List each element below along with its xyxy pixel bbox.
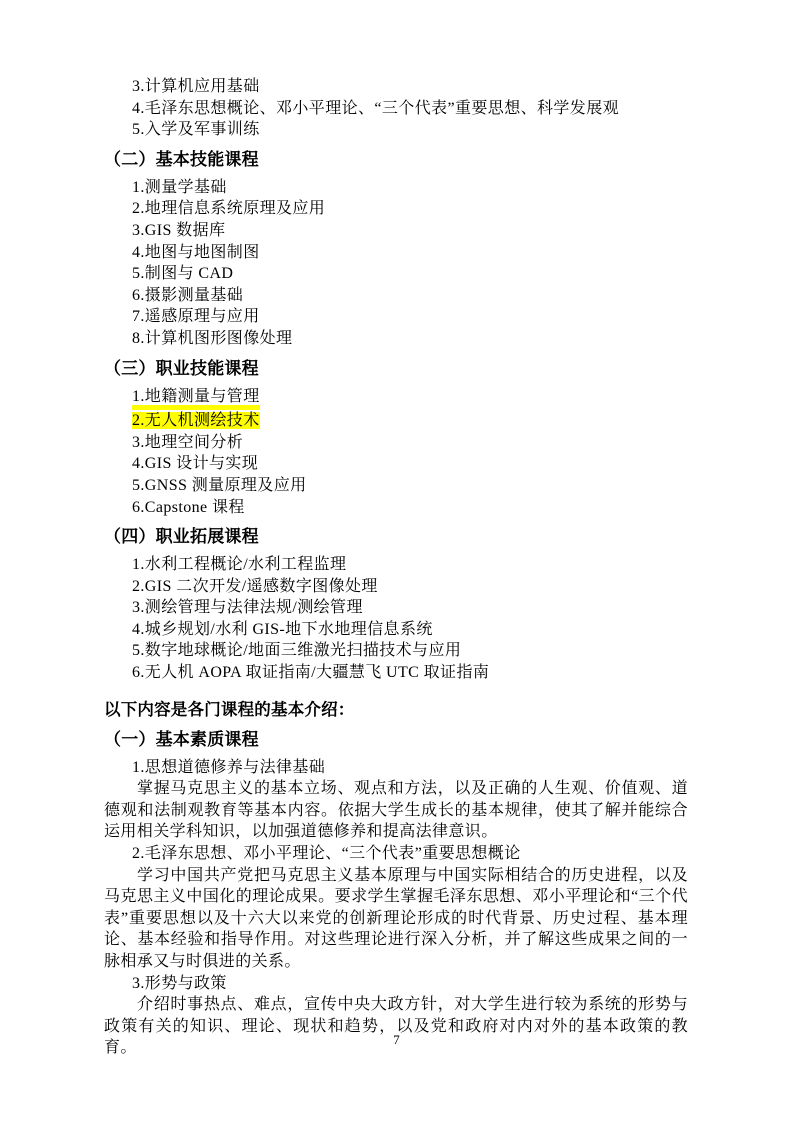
list-item: 2.GIS 二次开发/遥感数字图像处理 [132,576,688,598]
list-item-text: 6.摄影测量基础 [132,287,243,304]
section-heading-basic-skills: （二）基本技能课程 [104,149,688,171]
highlighted-text: 2.无人机测绘技术 [132,412,260,429]
list-item-text: 1.测量学基础 [132,179,227,196]
list-item: 1.地籍测量与管理 [132,386,688,411]
list-item-text: 1.水利工程概论/水利工程监理 [132,556,346,573]
list-item-text: 4.GIS 设计与实现 [132,455,258,472]
list-item: 3.地理空间分析 [132,432,688,454]
course-title: 3.形势与政策 [104,973,688,995]
list-item: 4.地图与地图制图 [132,242,688,264]
list-item: 8.计算机图形图像处理 [132,328,688,350]
list-item: 5.制图与 CAD [132,263,688,285]
course-title: 2.毛泽东思想、邓小平理论、“三个代表”重要思想概论 [104,843,688,865]
list-item: 3.测绘管理与法律法规/测绘管理 [132,597,688,619]
section-heading-professional-expansion: （四）职业拓展课程 [104,526,688,548]
list-item: 3.计算机应用基础 [132,76,688,98]
list-item-text: 2.地理信息系统原理及应用 [132,200,325,217]
course-title: 1.思想道德修养与法律基础 [104,757,688,779]
list-item: 6.Capstone 课程 [132,497,688,519]
list-item: 4.GIS 设计与实现 [132,453,688,475]
list-item: 5.GNSS 测量原理及应用 [132,475,688,497]
list-item: 2.无人机测绘技术 [132,410,688,432]
course-description: 学习中国共产党把马克思主义基本原理与中国实际相结合的历史进程，以及马克思主义中国… [104,865,688,973]
list-item: 3.GIS 数据库 [132,220,688,242]
list-item-text: 4.地图与地图制图 [132,244,260,261]
list-item: 1.水利工程概论/水利工程监理 [132,554,688,576]
list-item: 5.入学及军事训练 [132,119,688,141]
list-item-text: 3.GIS 数据库 [132,222,225,239]
list-item-text: 8.计算机图形图像处理 [132,330,292,347]
list-item-text: 6.Capstone 课程 [132,499,245,516]
list-item: 7.遥感原理与应用 [132,306,688,328]
list-item-text: 3.计算机应用基础 [132,78,260,95]
list-item-text: 5.GNSS 测量原理及应用 [132,477,307,494]
list-item: 4.毛泽东思想概论、邓小平理论、“三个代表”重要思想、科学发展观 [132,98,688,120]
list-item: 5.数字地球概论/地面三维激光扫描技术与应用 [132,640,688,662]
list-item-text: 4.城乡规划/水利 GIS-地下水地理信息系统 [132,621,433,638]
list-item-text: 3.地理空间分析 [132,434,243,451]
list-item: 1.测量学基础 [132,177,688,199]
section-heading-basic-quality: （一）基本素质课程 [104,729,688,751]
list-item-text: 4.毛泽东思想概论、邓小平理论、“三个代表”重要思想、科学发展观 [132,100,619,117]
list-item: 2.地理信息系统原理及应用 [132,198,688,220]
list-item: 6.摄影测量基础 [132,285,688,307]
intro-line: 以下内容是各门课程的基本介绍： [104,699,688,721]
list-item-text: 3.测绘管理与法律法规/测绘管理 [132,599,363,616]
section-heading-professional-skills: （三）职业技能课程 [104,358,688,380]
list-item-text: 5.制图与 CAD [132,265,233,282]
list-item-text: 5.入学及军事训练 [132,121,260,138]
list-item-text: 5.数字地球概论/地面三维激光扫描技术与应用 [132,642,461,659]
page-number: 7 [0,1032,793,1048]
list-item-text: 6.无人机 AOPA 取证指南/大疆慧飞 UTC 取证指南 [132,664,489,681]
document-page: 3.计算机应用基础 4.毛泽东思想概论、邓小平理论、“三个代表”重要思想、科学发… [0,0,793,1122]
course-description: 介绍时事热点、难点，宣传中央大政方针，对大学生进行较为系统的形势与政策有关的知识… [104,994,688,1059]
document-content: 3.计算机应用基础 4.毛泽东思想概论、邓小平理论、“三个代表”重要思想、科学发… [104,76,688,1059]
course-description: 掌握马克思主义的基本立场、观点和方法，以及正确的人生观、价值观、道德观和法制观教… [104,778,688,843]
list-item-text: 7.遥感原理与应用 [132,308,260,325]
list-item: 4.城乡规划/水利 GIS-地下水地理信息系统 [132,619,688,641]
list-item-text: 2.GIS 二次开发/遥感数字图像处理 [132,578,378,595]
yellow-underline-mark: 1.地籍测量与管理 [132,389,260,411]
list-item: 6.无人机 AOPA 取证指南/大疆慧飞 UTC 取证指南 [132,662,688,684]
